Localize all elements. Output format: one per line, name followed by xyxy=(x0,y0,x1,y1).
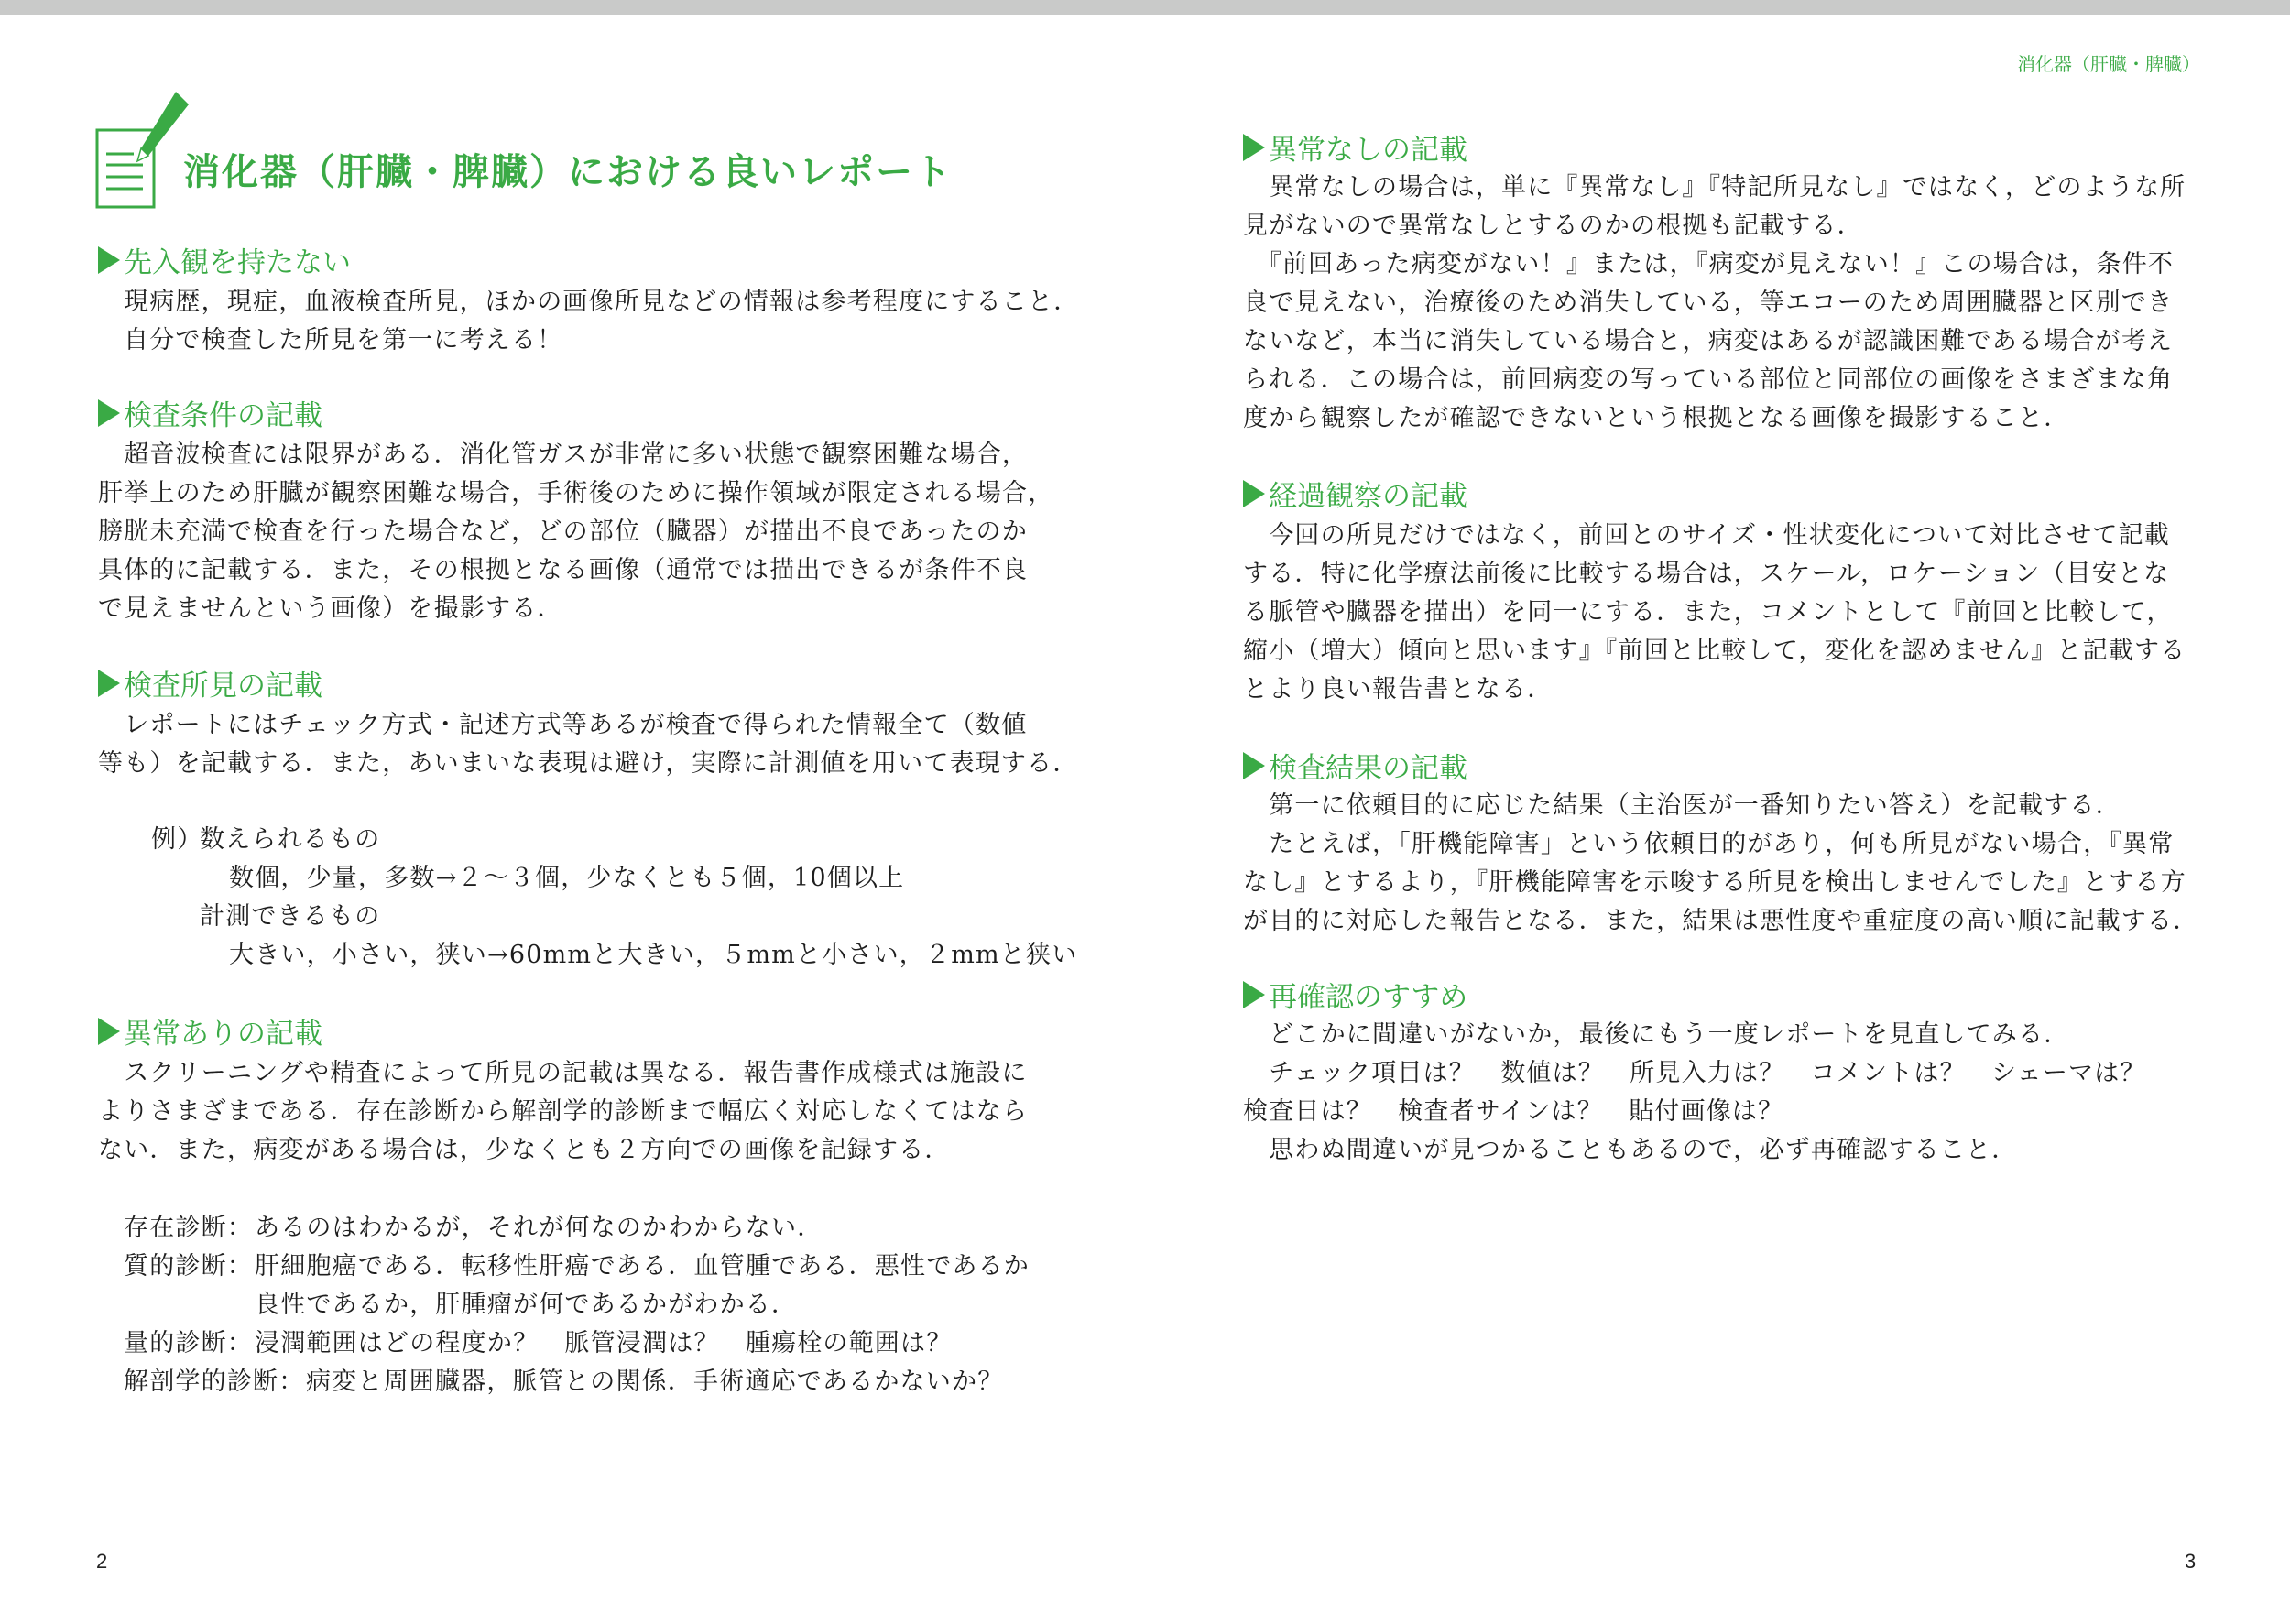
body-line: なし』とするより，『肝機能障害を示唆する所見を検出しませんでした』とする方 xyxy=(1243,867,2186,899)
body-line: チェック項目は？ 数値は？ 所見入力は？ コメントは？ シェーマは？ xyxy=(1243,1058,2146,1089)
body-line: 『前回あった病変がない！』または，『病変が見えない！』この場合は，条件不 xyxy=(1243,249,2174,280)
body-line: 膀胱未充満で検査を行った場合など，どの部位（臓器）が描出不良であったのか xyxy=(98,517,1028,548)
section-heading-text: 検査条件の記載 xyxy=(124,392,322,433)
body-line: 異常なしの場合は，単に『異常なし』『特記所見なし』ではなく，どのような所 xyxy=(1243,172,2186,203)
body-line: が目的に対応した報告となる．また，結果は悪性度や重症度の高い順に記載する． xyxy=(1243,906,2198,937)
body-line: で見えませんという画像）を撮影する． xyxy=(98,594,563,625)
section-heading-text: 検査結果の記載 xyxy=(1269,745,1467,786)
section-heading: 検査結果の記載 xyxy=(1243,745,1467,786)
triangle-bullet-icon xyxy=(98,670,120,697)
body-line: する．特に化学療法前後に比較する場合は，スケール，ロケーション（目安とな xyxy=(1243,559,2169,590)
body-line: 見がないので異常なしとするのかの根拠も記載する． xyxy=(1243,211,1863,242)
body-line: 思わぬ間違いが見つかることもあるので，必ず再確認すること． xyxy=(1243,1135,2017,1166)
body-line: スクリーニングや精査によって所見の記載は異なる．報告書作成様式は施設に xyxy=(98,1058,1028,1089)
example-detail: 数個，少量，多数→２～３個，少なくとも５個，10個以上 xyxy=(229,863,904,894)
section-heading: 異常ありの記載 xyxy=(98,1010,322,1052)
section-heading-text: 検査所見の記載 xyxy=(124,662,322,703)
body-line: る脈管や臓器を描出）を同一にする．また，コメントとして『前回と比較して， xyxy=(1243,597,2173,628)
body-line: 今回の所見だけではなく，前回とのサイズ・性状変化について対比させて記載 xyxy=(1243,520,2170,551)
section-heading: 検査所見の記載 xyxy=(98,662,322,703)
section-heading-text: 先入観を持たない xyxy=(124,239,351,280)
diagnosis-term: 量的診断： xyxy=(124,1328,253,1359)
body-line: 検査日は？ 検査者サインは？ 貼付画像は？ xyxy=(1243,1096,1783,1128)
section-heading-text: 経過観察の記載 xyxy=(1269,473,1467,514)
body-line: ない．また，病変がある場合は，少なくとも２方向での画像を記録する． xyxy=(98,1135,951,1166)
body-line: よりさまざまである．存在診断から解剖学的診断まで幅広く対応しなくてはなら xyxy=(98,1096,1028,1128)
body-line: 具体的に記載する．また，その根拠となる画像（通常では描出できるが条件不良 xyxy=(98,555,1028,586)
section-heading: 先入観を持たない xyxy=(98,239,351,280)
left-page: 消化器（肝臓・脾臓）における良いレポート 先入観を持たない 現病歴，現症，血液検… xyxy=(0,15,1145,1624)
section-heading: 再確認のすすめ xyxy=(1243,974,1467,1015)
body-line: とより良い報告書となる． xyxy=(1243,674,1553,705)
body-line: 現病歴，現症，血液検査所見，ほかの画像所見などの情報は参考程度にすること． xyxy=(124,287,1079,318)
document-pencil-icon xyxy=(95,90,196,211)
section-heading: 経過観察の記載 xyxy=(1243,473,1467,514)
body-line: たとえば，「肝機能障害」という依頼目的があり，何も所見がない場合，『異常 xyxy=(1243,829,2174,860)
triangle-bullet-icon xyxy=(98,399,120,427)
example-label: 例） xyxy=(151,824,202,856)
section-heading: 検査条件の記載 xyxy=(98,392,322,433)
triangle-bullet-icon xyxy=(98,1018,120,1045)
triangle-bullet-icon xyxy=(1243,981,1265,1008)
page-title: 消化器（肝臓・脾臓）における良いレポート xyxy=(183,143,953,195)
example-category: 数えられるもの xyxy=(200,824,380,856)
diagnosis-term: 存在診断： xyxy=(124,1213,253,1244)
body-line: 第一に依頼目的に応じた結果（主治医が一番知りたい答え）を記載する． xyxy=(1243,790,2121,822)
body-line: 超音波検査には限界がある．消化管ガスが非常に多い状態で観察困難な場合， xyxy=(98,440,1028,471)
triangle-bullet-icon xyxy=(1243,134,1265,161)
section-heading-text: 異常ありの記載 xyxy=(124,1010,322,1052)
body-line: 度から観察したが確認できないという根拠となる画像を撮影すること． xyxy=(1243,403,2069,434)
body-line: られる．この場合は，前回病変の写っている部位と同部位の画像をさまざまな角 xyxy=(1243,365,2173,396)
page-number: 2 xyxy=(96,1550,107,1574)
body-line: 良で見えない，治療後のため消失している，等エコーのため周囲臓器と区別でき xyxy=(1243,288,2173,319)
body-line: 縮小（増大）傾向と思います』『前回と比較して，変化を認めません』と記載する xyxy=(1243,636,2186,667)
body-line: どこかに間違いがないか，最後にもう一度レポートを見直してみる． xyxy=(1243,1019,2069,1051)
section-heading-text: 再確認のすすめ xyxy=(1269,974,1467,1015)
diagnosis-text: 肝細胞癌である．転移性肝癌である．血管腫である．悪性であるか xyxy=(255,1251,1030,1282)
body-line: レポートにはチェック方式・記述方式等あるが検査で得られた情報全て（数値 xyxy=(98,710,1027,741)
triangle-bullet-icon xyxy=(1243,480,1265,507)
diagnosis-text: 良性であるか，肝腫瘤が何であるかがわかる． xyxy=(255,1290,797,1321)
diagnosis-text: 病変と周囲臓器，脈管との関係．手術適応であるかないか？ xyxy=(306,1367,1003,1398)
running-header: 消化器（肝臓・脾臓） xyxy=(2017,49,2200,76)
diagnosis-term: 解剖学的診断： xyxy=(124,1367,304,1398)
body-line: 等も）を記載する．また，あいまいな表現は避け，実際に計測値を用いて表現する． xyxy=(98,748,1079,779)
diagnosis-text: 浸潤範囲はどの程度か？ 脈管浸潤は？ 腫瘍栓の範囲は？ xyxy=(255,1328,952,1359)
body-line: 肝挙上のため肝臓が観察困難な場合，手術後のために操作領域が限定される場合， xyxy=(98,478,1053,509)
example-detail: 大きい，小さい，狭い→60mmと大きい，５mmと小さい，２mmと狭い xyxy=(229,940,1077,971)
section-heading-text: 異常なしの記載 xyxy=(1269,126,1467,168)
top-bar xyxy=(0,0,2290,15)
triangle-bullet-icon xyxy=(98,246,120,274)
diagnosis-term: 質的診断： xyxy=(124,1251,253,1282)
example-category: 計測できるもの xyxy=(200,901,380,932)
section-heading: 異常なしの記載 xyxy=(1243,126,1467,168)
right-page: 消化器（肝臓・脾臓） 異常なしの記載 異常なしの場合は，単に『異常なし』『特記所… xyxy=(1145,15,2290,1624)
page-number: 3 xyxy=(2185,1550,2196,1574)
diagnosis-text: あるのはわかるが，それが何なのかわからない． xyxy=(255,1213,823,1244)
body-line: ないなど，本当に消失している場合と，病変はあるが認識困難である場合が考え xyxy=(1243,326,2173,357)
body-line: 自分で検査した所見を第一に考える！ xyxy=(124,325,562,356)
triangle-bullet-icon xyxy=(1243,752,1265,779)
